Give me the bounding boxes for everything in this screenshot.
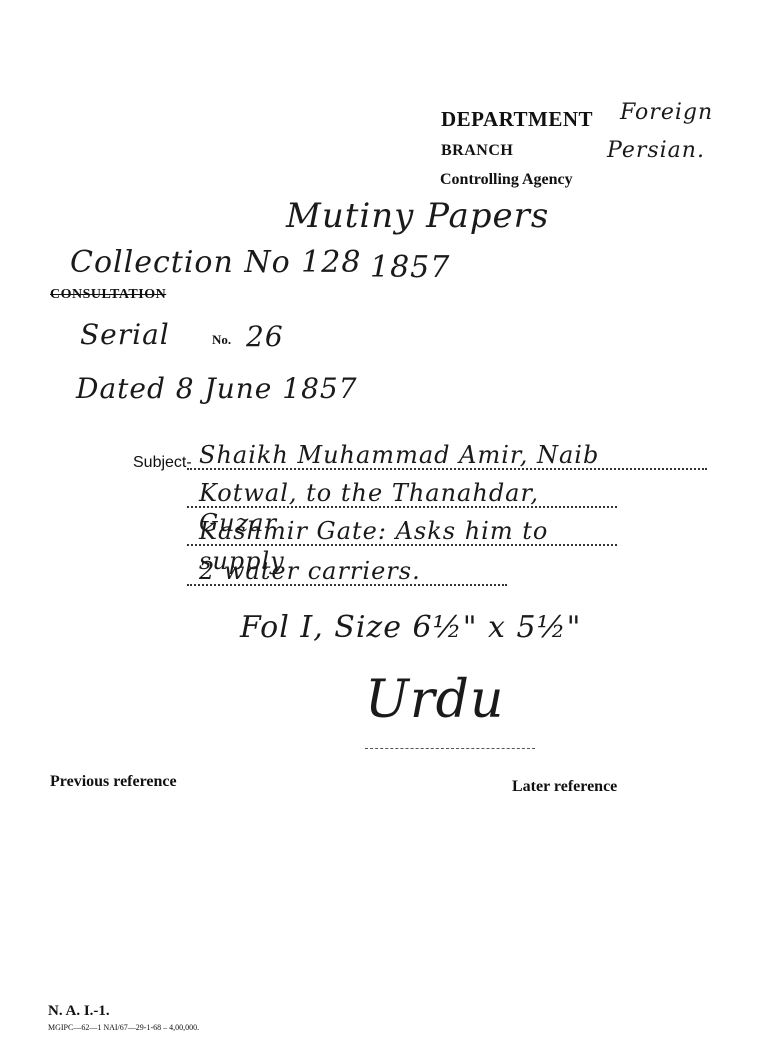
folio-size: Fol I, Size 6½" x 5½" (240, 610, 581, 645)
print-info: MGIPC—62—1 NAI/67—29-1-68 – 4,00,000. (48, 1023, 199, 1032)
branch-value: Persian. (607, 138, 705, 163)
previous-reference-label: Previous reference (50, 773, 177, 791)
department-value: Foreign (620, 100, 713, 125)
serial-number: 26 (246, 320, 284, 353)
later-reference-label: Later reference (512, 778, 617, 796)
subject-line: Shaikh Muhammad Amir, Naib (187, 440, 707, 470)
serial-label: Serial (80, 318, 170, 351)
dated-line: Dated 8 June 1857 (76, 372, 358, 405)
consultation-label-struck: CONSULTATION (50, 287, 166, 303)
form-number: N. A. I.-1. (48, 1003, 110, 1020)
language: Urdu (365, 670, 504, 730)
subject-line: 2 water carriers. (187, 556, 507, 586)
subject-line: Kashmir Gate: Asks him to supply (187, 516, 617, 546)
department-label: DEPARTMENT (441, 107, 593, 132)
subject-label: Subject- (133, 454, 192, 472)
subject-line: Kotwal, to the Thanahdar, Guzar (187, 478, 617, 508)
series-title: Mutiny Papers (286, 196, 549, 236)
controlling-agency-label: Controlling Agency (440, 171, 573, 189)
number-label: No. (212, 332, 231, 348)
branch-label: BRANCH (441, 142, 513, 160)
language-underline (365, 748, 535, 749)
collection-number: Collection No 128 (70, 245, 361, 280)
collection-year: 1857 (370, 250, 450, 285)
